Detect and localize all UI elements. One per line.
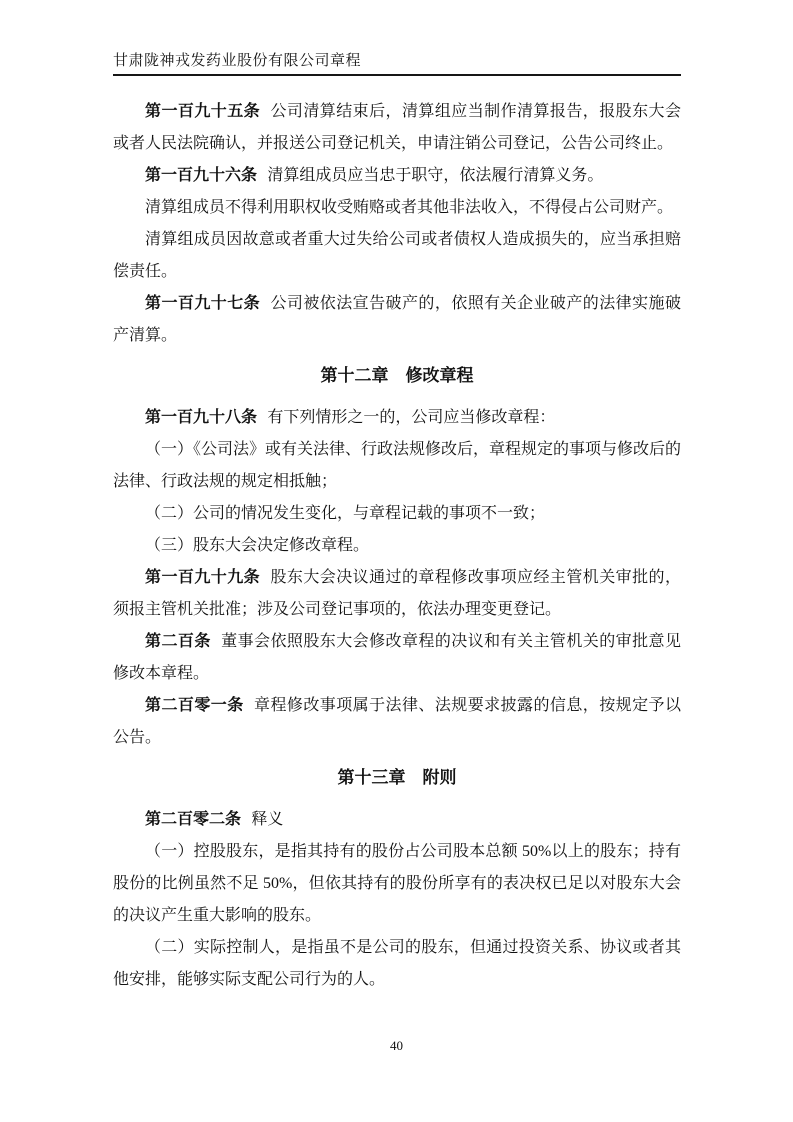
page-header: 甘肃陇神戎发药业股份有限公司章程: [113, 52, 681, 76]
chapter-heading: 第十三章 附则: [113, 762, 681, 794]
body-paragraph: 清算组成员因故意或者重大过失给公司或者债权人造成损失的，应当承担赔偿责任。: [113, 224, 681, 288]
article-paragraph: 第一百九十八条有下列情形之一的，公司应当修改章程：: [113, 402, 681, 434]
paragraph-text: 释义: [251, 811, 283, 828]
article-number: 第二百条: [145, 633, 211, 650]
document-page: 甘肃陇神戎发药业股份有限公司章程 第一百九十五条公司清算结束后，清算组应当制作清…: [0, 0, 793, 1122]
body-paragraph: （三）股东大会决定修改章程。: [113, 530, 681, 562]
body-paragraph: （一）《公司法》或有关法律、行政法规修改后，章程规定的事项与修改后的法律、行政法…: [113, 434, 681, 498]
article-paragraph: 第二百零一条章程修改事项属于法律、法规要求披露的信息，按规定予以公告。: [113, 690, 681, 754]
paragraph-text: 有下列情形之一的，公司应当修改章程：: [267, 409, 555, 426]
article-paragraph: 第二百条董事会依照股东大会修改章程的决议和有关主管机关的审批意见修改本章程。: [113, 626, 681, 690]
article-number: 第一百九十七条: [145, 295, 260, 312]
article-paragraph: 第二百零二条释义: [113, 804, 681, 836]
paragraph-text: （一）控股股东，是指其持有的股份占公司股本总额 50%以上的股东；持有股份的比例…: [113, 843, 681, 924]
paragraph-text: （二）公司的情况发生变化，与章程记载的事项不一致；: [145, 505, 545, 522]
article-paragraph: 第一百九十七条公司被依法宣告破产的，依照有关企业破产的法律实施破产清算。: [113, 288, 681, 352]
article-number: 第一百九十六条: [145, 167, 257, 184]
article-paragraph: 第一百九十九条股东大会决议通过的章程修改事项应经主管机关审批的，须报主管机关批准…: [113, 562, 681, 626]
chapter-heading-text: 第十二章 修改章程: [321, 366, 474, 385]
article-number: 第一百九十九条: [145, 569, 260, 586]
article-paragraph: 第一百九十五条公司清算结束后，清算组应当制作清算报告，报股东大会或者人民法院确认…: [113, 96, 681, 160]
paragraph-text: 清算组成员应当忠于职守，依法履行清算义务。: [267, 167, 603, 184]
paragraph-text: 清算组成员不得利用职权收受贿赂或者其他非法收入，不得侵占公司财产。: [145, 199, 673, 216]
body-paragraph: （二）实际控制人，是指虽不是公司的股东，但通过投资关系、协议或者其他安排，能够实…: [113, 932, 681, 996]
article-number: 第一百九十五条: [145, 103, 260, 120]
page-number: 40: [0, 1038, 793, 1054]
paragraph-text: 清算组成员因故意或者重大过失给公司或者债权人造成损失的，应当承担赔偿责任。: [113, 231, 681, 280]
article-number: 第一百九十八条: [145, 409, 257, 426]
header-title: 甘肃陇神戎发药业股份有限公司章程: [113, 53, 361, 69]
document-body: 第一百九十五条公司清算结束后，清算组应当制作清算报告，报股东大会或者人民法院确认…: [113, 96, 681, 996]
article-number: 第二百零一条: [145, 697, 244, 714]
paragraph-text: （一）《公司法》或有关法律、行政法规修改后，章程规定的事项与修改后的法律、行政法…: [113, 441, 681, 490]
body-paragraph: （一）控股股东，是指其持有的股份占公司股本总额 50%以上的股东；持有股份的比例…: [113, 836, 681, 932]
paragraph-text: （三）股东大会决定修改章程。: [145, 537, 369, 554]
body-paragraph: 清算组成员不得利用职权收受贿赂或者其他非法收入，不得侵占公司财产。: [113, 192, 681, 224]
chapter-heading-text: 第十三章 附则: [338, 768, 457, 787]
paragraph-text: （二）实际控制人，是指虽不是公司的股东，但通过投资关系、协议或者其他安排，能够实…: [113, 939, 681, 988]
chapter-heading: 第十二章 修改章程: [113, 360, 681, 392]
article-number: 第二百零二条: [145, 811, 241, 828]
body-paragraph: （二）公司的情况发生变化，与章程记载的事项不一致；: [113, 498, 681, 530]
article-paragraph: 第一百九十六条清算组成员应当忠于职守，依法履行清算义务。: [113, 160, 681, 192]
